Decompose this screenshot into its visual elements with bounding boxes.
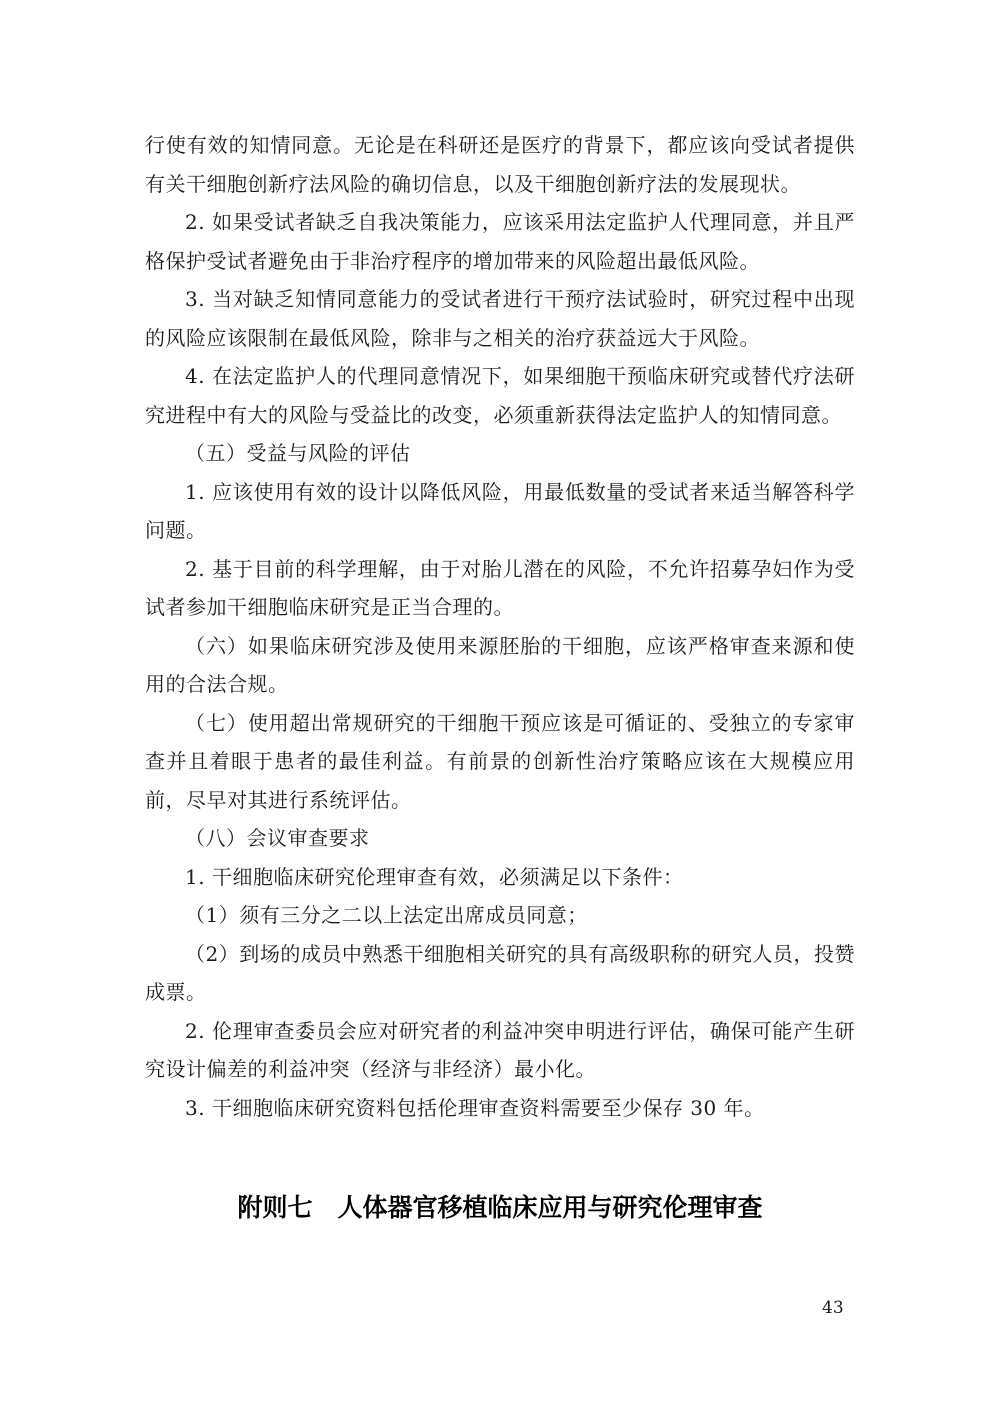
paragraph: 1. 应该使用有效的设计以降低风险，用最低数量的受试者来适当解答科学问题。 [145, 473, 855, 550]
subsection-heading: （八）会议审查要求 [145, 819, 855, 858]
paragraph: 行使有效的知情同意。无论是在科研还是医疗的背景下，都应该向受试者提供有关干细胞创… [145, 126, 855, 203]
paragraph: 2. 基于目前的科学理解，由于对胎儿潜在的风险，不允许招募孕妇作为受试者参加干细… [145, 550, 855, 627]
paragraph: 4. 在法定监护人的代理同意情况下，如果细胞干预临床研究或替代疗法研究进程中有大… [145, 357, 855, 434]
paragraph: 3. 干细胞临床研究资料包括伦理审查资料需要至少保存 30 年。 [145, 1089, 855, 1128]
paragraph: 2. 伦理审查委员会应对研究者的利益冲突申明进行评估，确保可能产生研究设计偏差的… [145, 1012, 855, 1089]
paragraph: 2. 如果受试者缺乏自我决策能力，应该采用法定监护人代理同意，并且严格保护受试者… [145, 203, 855, 280]
body-text: 行使有效的知情同意。无论是在科研还是医疗的背景下，都应该向受试者提供有关干细胞创… [145, 126, 855, 1127]
list-item: （2）到场的成员中熟悉干细胞相关研究的具有高级职称的研究人员，投赞成票。 [145, 935, 855, 1012]
paragraph: 3. 当对缺乏知情同意能力的受试者进行干预疗法试验时，研究过程中出现的风险应该限… [145, 280, 855, 357]
appendix-heading: 附则七 人体器官移植临床应用与研究伦理审查 [0, 1190, 1000, 1226]
subsection-heading: （六）如果临床研究涉及使用来源胚胎的干细胞，应该严格审查来源和使用的合法合规。 [145, 627, 855, 704]
paragraph: 1. 干细胞临床研究伦理审查有效，必须满足以下条件： [145, 858, 855, 897]
page-number: 43 [822, 1298, 844, 1318]
subsection-heading: （七）使用超出常规研究的干细胞干预应该是可循证的、受独立的专家审查并且着眼于患者… [145, 704, 855, 820]
subsection-heading: （五）受益与风险的评估 [145, 434, 855, 473]
list-item: （1）须有三分之二以上法定出席成员同意； [145, 896, 855, 935]
document-page: 行使有效的知情同意。无论是在科研还是医疗的背景下，都应该向受试者提供有关干细胞创… [0, 0, 1000, 1413]
